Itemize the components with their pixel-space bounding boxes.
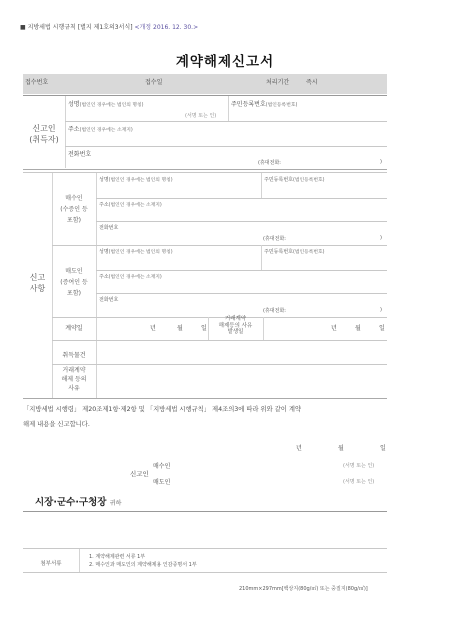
contract-day-label: 일 bbox=[201, 323, 207, 332]
seller-mobile-label: (휴대전화: bbox=[263, 307, 286, 314]
cancel-month-label: 월 bbox=[355, 323, 361, 332]
buyer-id-field[interactable]: 주민등록번호(법인등록번호) bbox=[264, 176, 325, 183]
signature-seller-label: 매도인 bbox=[153, 477, 170, 486]
reason-label: 거래계약 해제 등의 사유 bbox=[52, 366, 96, 393]
cancel-day-label: 일 bbox=[379, 323, 385, 332]
signature-day-label: 일 bbox=[380, 443, 386, 452]
report-items-section-label: 신고 사항 bbox=[23, 272, 52, 294]
revision-date: <개정 2016. 12. 30.> bbox=[134, 24, 198, 31]
seller-label: 매도인 (증여인 등 포함) bbox=[52, 266, 96, 299]
receipt-bar bbox=[23, 74, 387, 94]
page-title: 계약해제신고서 bbox=[0, 50, 450, 70]
receipt-date-label: 접수일 bbox=[145, 77, 162, 86]
cancel-year-label: 년 bbox=[331, 323, 337, 332]
addressee: 시장·군수·구청장 귀하 bbox=[35, 494, 121, 508]
divider bbox=[96, 293, 387, 294]
divider bbox=[52, 245, 387, 246]
divider bbox=[23, 572, 387, 573]
reporter-name-field[interactable]: 성명(법인인 경우에는 법인의 명칭) bbox=[68, 99, 144, 108]
contract-year-label: 년 bbox=[150, 323, 156, 332]
seller-address-field[interactable]: 주소(법인인 경우에는 소재지) bbox=[99, 273, 162, 280]
seller-sign-hint: (서명 또는 인) bbox=[343, 478, 374, 485]
buyer-mobile-label: (휴대전화: bbox=[263, 235, 286, 242]
contract-month-label: 월 bbox=[177, 323, 183, 332]
divider bbox=[23, 172, 387, 173]
contract-date-label: 계약일 bbox=[52, 323, 96, 332]
processing-period-value: 즉시 bbox=[306, 77, 318, 86]
paper-spec: 210mm×297mm[백상지(80g/㎡) 또는 중질지(80g/㎡)] bbox=[239, 585, 368, 592]
attachment-item-1: 1. 계약해제관련 서류 1부 bbox=[89, 553, 145, 560]
divider bbox=[23, 398, 387, 399]
property-label: 취득물건 bbox=[52, 350, 96, 359]
seller-name-field[interactable]: 성명(법인인 경우에는 법인의 명칭) bbox=[99, 248, 173, 255]
divider bbox=[23, 548, 387, 549]
reporter-address-field[interactable]: 주소(법인인 경우에는 소재지) bbox=[68, 124, 133, 133]
divider bbox=[65, 96, 66, 168]
divider bbox=[79, 549, 80, 572]
signature-month-label: 월 bbox=[338, 443, 344, 452]
reason-field[interactable] bbox=[97, 365, 387, 397]
property-field[interactable] bbox=[97, 341, 387, 363]
cancel-date-label: 거래계약 해제등의 사유 발생일 bbox=[208, 316, 263, 336]
divider bbox=[261, 245, 262, 270]
reporter-sign-hint: (서명 또는 인) bbox=[185, 112, 216, 119]
buyer-phone-field[interactable]: 전화번호 bbox=[99, 224, 118, 231]
buyer-name-field[interactable]: 성명(법인인 경우에는 법인의 명칭) bbox=[99, 176, 173, 183]
form-reference: ■ 지방세법 시행규칙 [별지 제1호의3서식] bbox=[20, 24, 133, 31]
reporter-phone-field[interactable]: 전화번호 bbox=[68, 149, 91, 158]
statement-line-1: 「지방세법 시행령」 제20조제1항·제2항 및 「지방세법 시행규칙」 제4조… bbox=[23, 404, 301, 413]
signature-year-label: 년 bbox=[296, 443, 302, 452]
signature-buyer-label: 매수인 bbox=[153, 461, 170, 470]
divider bbox=[65, 146, 387, 147]
divider bbox=[65, 121, 387, 122]
bracket-close: ) bbox=[380, 159, 382, 165]
divider bbox=[96, 270, 387, 271]
divider bbox=[261, 173, 262, 198]
statement-line-2: 해제 내용을 신고합니다. bbox=[23, 419, 90, 428]
receipt-number-label: 접수번호 bbox=[25, 77, 48, 86]
bracket-close: ) bbox=[380, 235, 382, 241]
bracket-close: ) bbox=[380, 307, 382, 313]
attachment-item-2: 2. 매수인과 매도인의 계약해제용 인감증명서 1부 bbox=[89, 561, 197, 568]
seller-id-field[interactable]: 주민등록번호(법인등록번호) bbox=[264, 248, 325, 255]
processing-period-label: 처리기간 bbox=[266, 77, 289, 86]
form-reference-note: ■ 지방세법 시행규칙 [별지 제1호의3서식] <개정 2016. 12. 3… bbox=[20, 22, 198, 31]
divider bbox=[23, 95, 387, 96]
seller-phone-field[interactable]: 전화번호 bbox=[99, 296, 118, 303]
buyer-label: 매수인 (수증인 등 포함) bbox=[52, 193, 96, 226]
attachments-label: 첨부서류 bbox=[23, 559, 79, 567]
signature-reporter-label: 신고인 bbox=[130, 469, 149, 478]
divider bbox=[96, 198, 387, 199]
buyer-address-field[interactable]: 주소(법인인 경우에는 소재지) bbox=[99, 201, 162, 208]
divider bbox=[228, 96, 229, 121]
reporter-mobile-label: (휴대전화: bbox=[258, 159, 281, 166]
divider bbox=[23, 511, 387, 512]
divider bbox=[263, 317, 264, 340]
divider bbox=[96, 221, 387, 222]
divider bbox=[23, 169, 387, 170]
buyer-sign-hint: (서명 또는 인) bbox=[343, 462, 374, 469]
reporter-id-field[interactable]: 주민등록번호(법인등록번호) bbox=[231, 99, 297, 108]
reporter-section-label: 신고인 (취득자) bbox=[23, 123, 65, 145]
